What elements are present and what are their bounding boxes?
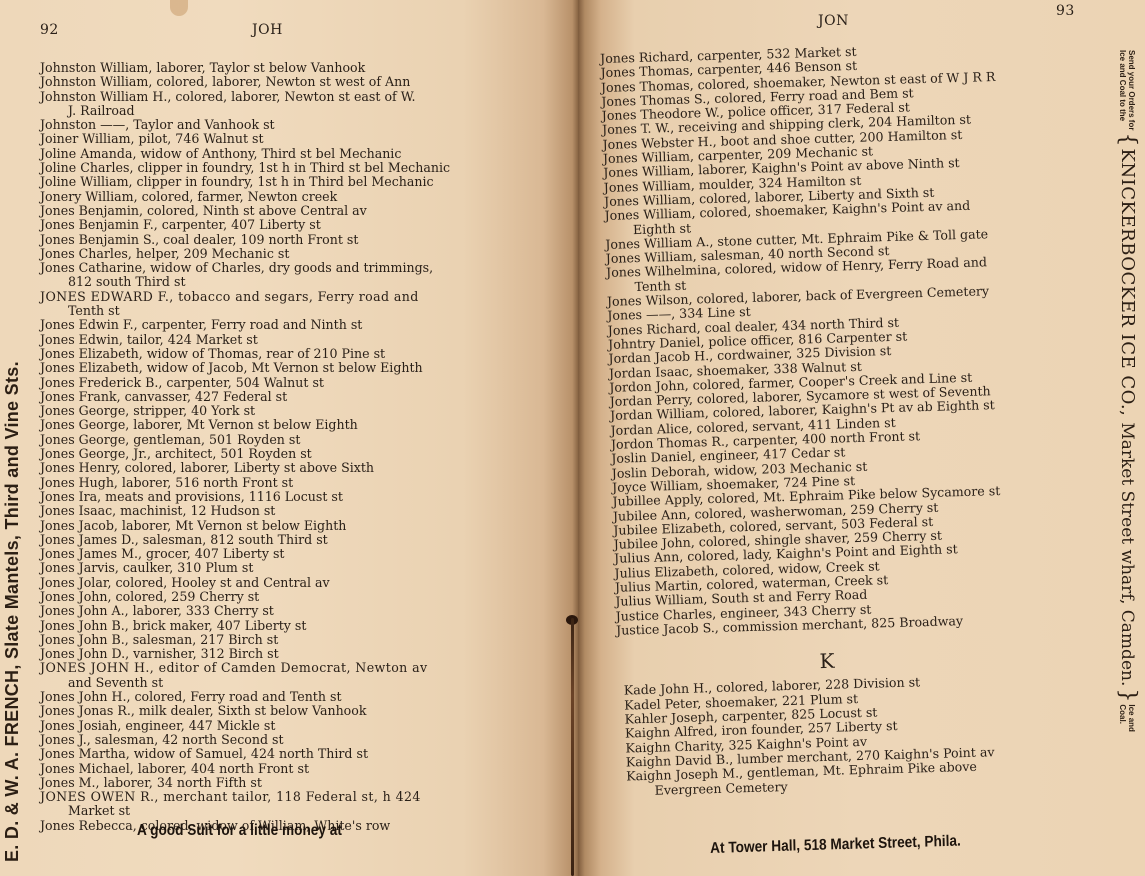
directory-entry: Jones John, colored, 259 Cherry st bbox=[40, 590, 450, 604]
directory-entry: Jones Benjamin F., carpenter, 407 Libert… bbox=[40, 218, 450, 232]
directory-entry: Jones Jarvis, caulker, 310 Plum st bbox=[40, 561, 450, 575]
margin-ad-right-address: Market Street wharf, Camden. bbox=[1118, 422, 1138, 686]
entry-text: Jones Michael, laborer, 404 north Front … bbox=[40, 761, 309, 776]
entry-text: Johnston William, colored, laborer, Newt… bbox=[40, 74, 410, 89]
directory-entry: Jones Hugh, laborer, 516 north Front st bbox=[40, 476, 450, 490]
entry-text: Jones Catharine, widow of Charles, dry g… bbox=[40, 260, 433, 275]
directory-entry: Jones John B., brick maker, 407 Liberty … bbox=[40, 619, 450, 633]
entry-continuation: Market st bbox=[40, 804, 450, 818]
entry-text: Jones Frederick B., carpenter, 504 Walnu… bbox=[40, 375, 324, 390]
directory-entry: Jones Catharine, widow of Charles, dry g… bbox=[40, 261, 450, 290]
entry-text: Jones J., salesman, 42 north Second st bbox=[40, 732, 284, 747]
section-letter-k: K bbox=[617, 648, 1037, 674]
directory-entry: Jones George, Jr., architect, 501 Royden… bbox=[40, 447, 450, 461]
directory-entry: Jones John D., varnisher, 312 Birch st bbox=[40, 647, 450, 661]
directory-entry: Jones Frank, canvasser, 427 Federal st bbox=[40, 390, 450, 404]
margin-ad-right-outro: Ice and Coal. bbox=[1119, 704, 1137, 732]
directory-entry: Jones James D., salesman, 812 south Thir… bbox=[40, 533, 450, 547]
directory-entry: Jones Edwin, tailor, 424 Market st bbox=[40, 333, 450, 347]
entry-text: Jones Elizabeth, widow of Jacob, Mt Vern… bbox=[40, 360, 423, 375]
directory-entry: JONES OWEN R., merchant tailor, 118 Fede… bbox=[40, 790, 450, 819]
entry-text: Jones George, laborer, Mt Vernon st belo… bbox=[40, 417, 358, 432]
entry-text: Joiner William, pilot, 746 Walnut st bbox=[40, 131, 264, 146]
directory-entry: Jones John B., salesman, 217 Birch st bbox=[40, 633, 450, 647]
entry-text: Jones George, Jr., architect, 501 Royden… bbox=[40, 446, 312, 461]
directory-entry: Jones M., laborer, 34 north Fifth st bbox=[40, 776, 450, 790]
entry-text: Jones Jonas R., milk dealer, Sixth st be… bbox=[40, 703, 366, 718]
directory-entry: Jones Jonas R., milk dealer, Sixth st be… bbox=[40, 704, 450, 718]
entry-text: JONES EDWARD F., tobacco and segars, Fer… bbox=[40, 289, 419, 304]
entry-text: Jones John B., brick maker, 407 Liberty … bbox=[40, 618, 306, 633]
directory-entry: Jones John H., colored, Ferry road and T… bbox=[40, 690, 450, 704]
page-stain bbox=[170, 0, 188, 16]
directory-entry: Joline Charles, clipper in foundry, 1st … bbox=[40, 161, 450, 175]
book-spread: 92 JOH E. D. & W. A. FRENCH, Slate Mante… bbox=[0, 0, 1145, 876]
directory-entry: Jones Frederick B., carpenter, 504 Walnu… bbox=[40, 376, 450, 390]
entry-text: Jones John H., colored, Ferry road and T… bbox=[40, 689, 342, 704]
left-page: 92 JOH E. D. & W. A. FRENCH, Slate Mante… bbox=[0, 0, 578, 876]
footer-ad-left: A good Suit for a little money at bbox=[137, 822, 342, 840]
entry-text: Jones Charles, helper, 209 Mechanic st bbox=[40, 246, 289, 261]
margin-ad-right-intro: Send your Orders for Ice and Coal to the bbox=[1119, 50, 1137, 130]
entry-text: Jones Edwin F., carpenter, Ferry road an… bbox=[40, 317, 362, 332]
directory-entry: Jones John A., laborer, 333 Cherry st bbox=[40, 604, 450, 618]
running-head-right: JON bbox=[818, 13, 849, 29]
directory-entry: Jones Josiah, engineer, 447 Mickle st bbox=[40, 719, 450, 733]
entry-text: Jones Edwin, tailor, 424 Market st bbox=[40, 332, 258, 347]
directory-entry: Jones James M., grocer, 407 Liberty st bbox=[40, 547, 450, 561]
directory-entry: Jones Michael, laborer, 404 north Front … bbox=[40, 762, 450, 776]
directory-entry: Jones Benjamin, colored, Ninth st above … bbox=[40, 204, 450, 218]
directory-entry: Jones George, stripper, 40 York st bbox=[40, 404, 450, 418]
entry-text: Jones Ira, meats and provisions, 1116 Lo… bbox=[40, 489, 343, 504]
directory-entry: Jones Benjamin S., coal dealer, 109 nort… bbox=[40, 233, 450, 247]
directory-entry: JONES EDWARD F., tobacco and segars, Fer… bbox=[40, 290, 450, 319]
entry-text: Jones Josiah, engineer, 447 Mickle st bbox=[40, 718, 275, 733]
directory-entry: Joiner William, pilot, 746 Walnut st bbox=[40, 132, 450, 146]
entry-text: Joline William, clipper in foundry, 1st … bbox=[40, 174, 434, 189]
directory-entry: Jones Ira, meats and provisions, 1116 Lo… bbox=[40, 490, 450, 504]
directory-list-left: Johnston William, laborer, Taylor st bel… bbox=[40, 61, 450, 833]
directory-entry: JONES JOHN H., editor of Camden Democrat… bbox=[40, 661, 450, 690]
directory-entry: Jones George, laborer, Mt Vernon st belo… bbox=[40, 418, 450, 432]
entry-text: Jones Hugh, laborer, 516 north Front st bbox=[40, 475, 293, 490]
directory-entry: Jones Jacob, laborer, Mt Vernon st below… bbox=[40, 519, 450, 533]
entry-text: Jones Jolar, colored, Hooley st and Cent… bbox=[40, 575, 330, 590]
entry-continuation: J. Railroad bbox=[40, 104, 450, 118]
directory-entry: Johnston William, laborer, Taylor st bel… bbox=[40, 61, 450, 75]
entry-text: Jones Frank, canvasser, 427 Federal st bbox=[40, 389, 287, 404]
margin-ad-left: E. D. & W. A. FRENCH, Slate Mantels, Thi… bbox=[2, 361, 23, 862]
gutter-crease bbox=[571, 618, 574, 876]
directory-entry: Jones Charles, helper, 209 Mechanic st bbox=[40, 247, 450, 261]
entry-text: Jones James M., grocer, 407 Liberty st bbox=[40, 546, 284, 561]
directory-entry: Jones Jolar, colored, Hooley st and Cent… bbox=[40, 576, 450, 590]
entry-text: JONES OWEN R., merchant tailor, 118 Fede… bbox=[40, 789, 421, 804]
directory-entry: Jones Henry, colored, laborer, Liberty s… bbox=[40, 461, 450, 475]
entry-text: JONES JOHN H., editor of Camden Democrat… bbox=[40, 660, 428, 675]
directory-entry: Jones Elizabeth, widow of Thomas, rear o… bbox=[40, 347, 450, 361]
entry-text: Jones Henry, colored, laborer, Liberty s… bbox=[40, 460, 374, 475]
footer-ad-right: At Tower Hall, 518 Market Street, Phila. bbox=[710, 833, 961, 858]
entry-text: Johnston William, laborer, Taylor st bel… bbox=[40, 60, 365, 75]
entry-text: Jones John D., varnisher, 312 Birch st bbox=[40, 646, 279, 661]
directory-entry: Jonery William, colored, farmer, Newton … bbox=[40, 190, 450, 204]
directory-entry: Jones J., salesman, 42 north Second st bbox=[40, 733, 450, 747]
directory-list-right: Jones Richard, carpenter, 532 Market stJ… bbox=[600, 40, 1041, 798]
entry-text: Jones Benjamin F., carpenter, 407 Libert… bbox=[40, 217, 321, 232]
directory-entry: Jones Isaac, machinist, 12 Hudson st bbox=[40, 504, 450, 518]
directory-entry: Jones Martha, widow of Samuel, 424 north… bbox=[40, 747, 450, 761]
page-number-right: 93 bbox=[1056, 3, 1075, 19]
entry-text: Joline Charles, clipper in foundry, 1st … bbox=[40, 160, 450, 175]
entry-text: Jones Isaac, machinist, 12 Hudson st bbox=[40, 503, 275, 518]
entry-continuation: and Seventh st bbox=[40, 676, 450, 690]
entry-text: Jones Jacob, laborer, Mt Vernon st below… bbox=[40, 518, 346, 533]
running-head-left: JOH bbox=[252, 22, 283, 38]
brace-glyph: } bbox=[1115, 688, 1140, 702]
entry-text: Jones Benjamin, colored, Ninth st above … bbox=[40, 203, 367, 218]
margin-ad-right: Send your Orders for Ice and Coal to the… bbox=[1115, 50, 1140, 732]
entry-text: Jones Benjamin S., coal dealer, 109 nort… bbox=[40, 232, 358, 247]
entry-text: Jones John, colored, 259 Cherry st bbox=[40, 589, 259, 604]
margin-ad-right-company: KNICKERBOCKER ICE CO., bbox=[1117, 148, 1138, 416]
entry-text: Jones Martha, widow of Samuel, 424 north… bbox=[40, 746, 368, 761]
directory-entry: Johnston William, colored, laborer, Newt… bbox=[40, 75, 450, 89]
entry-text: Jones John A., laborer, 333 Cherry st bbox=[40, 603, 274, 618]
entry-text: Jones Jarvis, caulker, 310 Plum st bbox=[40, 560, 253, 575]
entry-text: Jones George, stripper, 40 York st bbox=[40, 403, 255, 418]
entry-text: Jonery William, colored, farmer, Newton … bbox=[40, 189, 337, 204]
entry-text: Johnston William H., colored, laborer, N… bbox=[40, 89, 415, 104]
entry-text: Jones John B., salesman, 217 Birch st bbox=[40, 632, 278, 647]
entry-text: Jones George, gentleman, 501 Royden st bbox=[40, 432, 300, 447]
page-number-left: 92 bbox=[40, 22, 59, 38]
directory-entry: Joline Amanda, widow of Anthony, Third s… bbox=[40, 147, 450, 161]
directory-entry: Jones George, gentleman, 501 Royden st bbox=[40, 433, 450, 447]
right-page: JON 93 Jones Richard, carpenter, 532 Mar… bbox=[578, 0, 1145, 876]
entry-text: Joline Amanda, widow of Anthony, Third s… bbox=[40, 146, 401, 161]
directory-entry: Jones Edwin F., carpenter, Ferry road an… bbox=[40, 318, 450, 332]
entry-text: Jones James D., salesman, 812 south Thir… bbox=[40, 532, 328, 547]
entry-continuation: Tenth st bbox=[40, 304, 450, 318]
directory-entry: Johnston ——, Taylor and Vanhook st bbox=[40, 118, 450, 132]
entry-continuation: 812 south Third st bbox=[40, 275, 450, 289]
entry-text: Jones M., laborer, 34 north Fifth st bbox=[40, 775, 262, 790]
directory-list-k: Kade John H., colored, laborer, 228 Divi… bbox=[618, 672, 1041, 798]
directory-entry: Johnston William H., colored, laborer, N… bbox=[40, 90, 450, 119]
entry-text: Johnston ——, Taylor and Vanhook st bbox=[40, 117, 275, 132]
entry-text: Jones Elizabeth, widow of Thomas, rear o… bbox=[40, 346, 385, 361]
directory-entry: Joline William, clipper in foundry, 1st … bbox=[40, 175, 450, 189]
brace-glyph: { bbox=[1115, 132, 1140, 146]
directory-entry: Jones Elizabeth, widow of Jacob, Mt Vern… bbox=[40, 361, 450, 375]
